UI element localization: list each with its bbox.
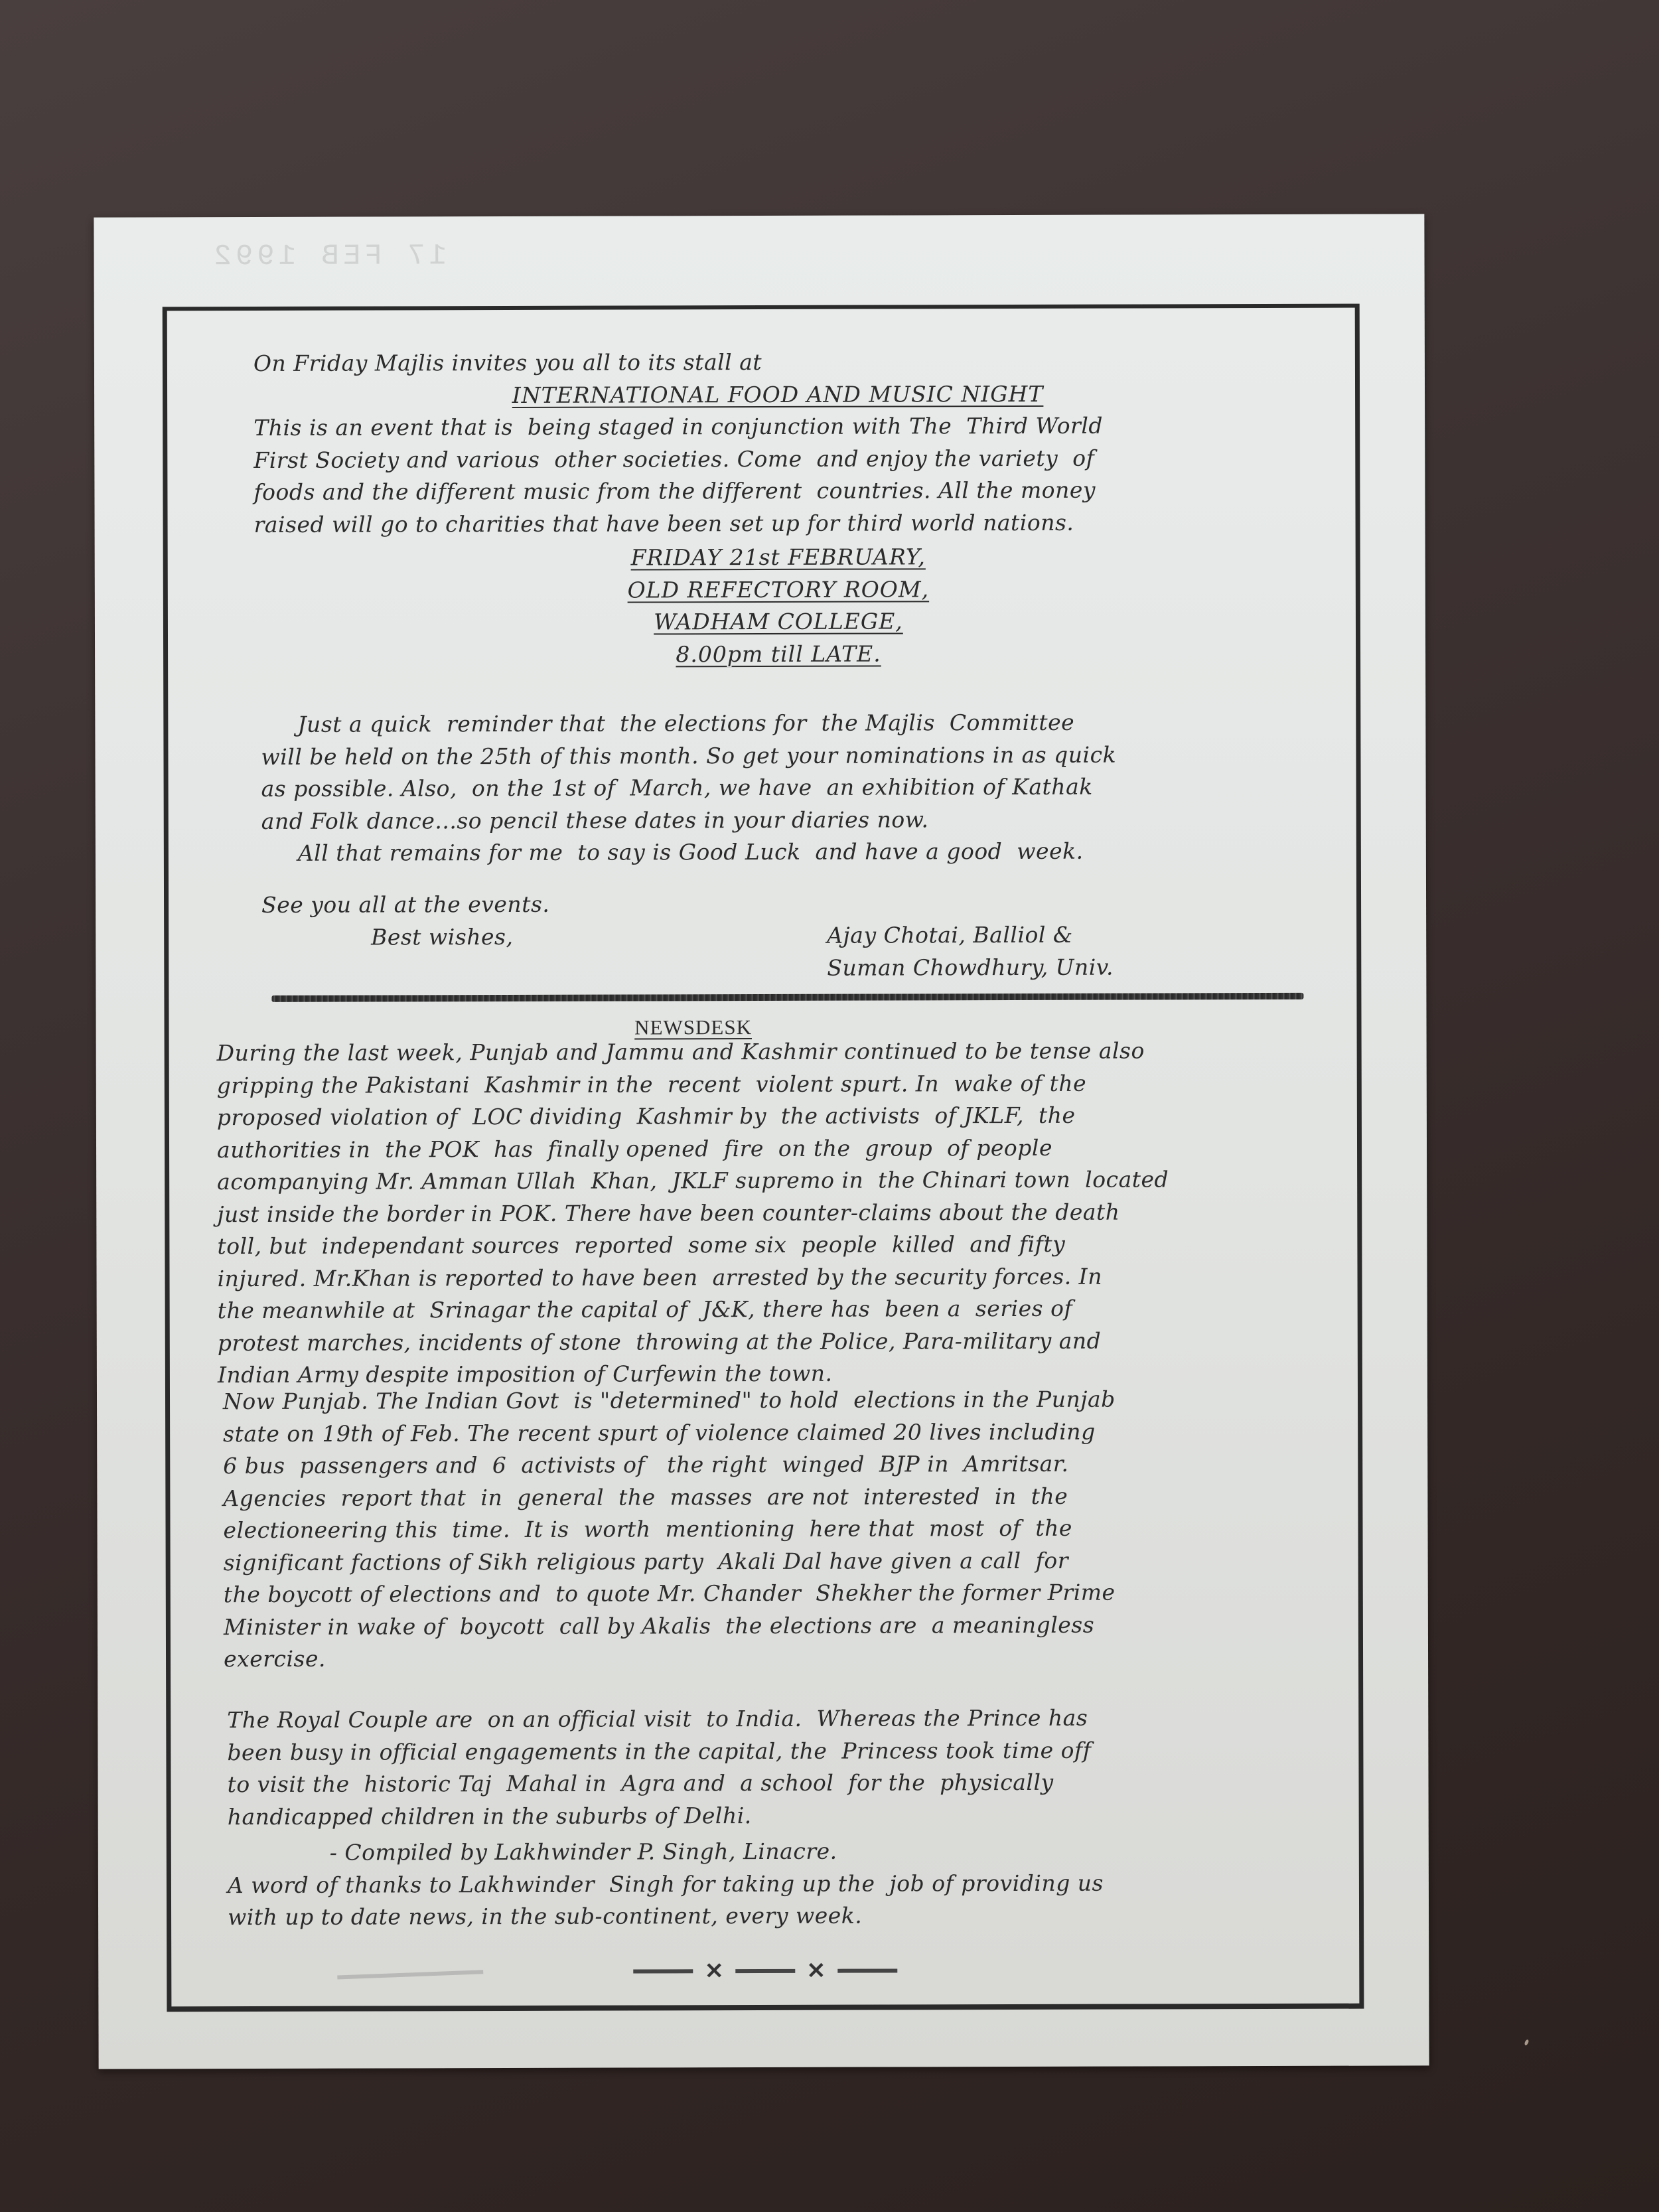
reminder-line: Just a quick reminder that the elections… xyxy=(261,706,1309,741)
news-line: just inside the border in POK. There hav… xyxy=(217,1195,1345,1230)
thanks-line: A word of thanks to Lakhwinder Singh for… xyxy=(228,1866,1356,1901)
news-line: injured. Mr.Khan is reported to have bee… xyxy=(217,1260,1345,1295)
end-ornament: ✕ ✕ xyxy=(171,1953,1359,1989)
event-college: WADHAM COLLEGE, xyxy=(654,608,903,634)
announcement-line: This is an event that is being staged in… xyxy=(253,409,1302,445)
compiled-by: - Compiled by Lakhwinder P. Singh, Linac… xyxy=(228,1834,1356,1870)
signatures: Ajay Chotai, Balliol & Suman Chowdhury, … xyxy=(827,919,1291,984)
news-paragraph-kashmir: During the last week, Punjab and Jammu a… xyxy=(217,1035,1346,1392)
news-line: the boycott of elections and to quote Mr… xyxy=(224,1576,1352,1611)
thanks-line: with up to date news, in the sub-contine… xyxy=(228,1899,1356,1934)
reminder-line: will be held on the 25th of this month. … xyxy=(261,738,1309,773)
news-line: The Royal Couple are on an official visi… xyxy=(227,1702,1355,1737)
news-line: electioneering this time. It is worth me… xyxy=(223,1512,1351,1547)
reminder-line: as possible. Also, on the 1st of March, … xyxy=(261,771,1310,806)
event-announcement: On Friday Majlis invites you all to its … xyxy=(253,345,1303,541)
elections-reminder: Just a quick reminder that the elections… xyxy=(261,706,1310,870)
announcement-line: First Society and various other societie… xyxy=(253,441,1302,477)
newsdesk-credit: - Compiled by Lakhwinder P. Singh, Linac… xyxy=(228,1834,1356,1934)
news-line: been busy in official engagements in the… xyxy=(227,1733,1355,1769)
news-line: state on 19th of Feb. The recent spurt o… xyxy=(223,1415,1351,1450)
cross-icon: ✕ xyxy=(807,1955,826,1988)
cross-icon: ✕ xyxy=(705,1955,724,1988)
announcement-intro: On Friday Majlis invites you all to its … xyxy=(253,345,1302,380)
section-divider xyxy=(271,993,1303,1002)
ornament-dash xyxy=(735,1969,795,1973)
news-line: gripping the Pakistani Kashmir in the re… xyxy=(217,1067,1345,1102)
news-line: Agencies report that in general the mass… xyxy=(223,1479,1351,1514)
reminder-line: All that remains for me to say is Good L… xyxy=(261,835,1310,870)
event-details: FRIDAY 21st FEBRUARY, OLD REFECTORY ROOM… xyxy=(254,540,1303,672)
announcement-line: raised will go to charities that have be… xyxy=(254,506,1303,541)
background-speck xyxy=(1524,2039,1529,2045)
date-stamp: 17 FEB 1992 xyxy=(210,240,447,273)
reminder-line: and Folk dance...so pencil these dates i… xyxy=(261,802,1310,838)
news-line: proposed violation of LOC dividing Kashm… xyxy=(217,1099,1345,1134)
news-line: Now Punjab. The Indian Govt is "determin… xyxy=(223,1383,1351,1418)
news-line: significant factions of Sikh religious p… xyxy=(224,1544,1352,1579)
event-date: FRIDAY 21st FEBRUARY, xyxy=(631,544,926,570)
news-line: authorities in the POK has finally opene… xyxy=(217,1131,1345,1166)
news-line: 6 bus passengers and 6 activists of the … xyxy=(223,1447,1351,1483)
page-border: On Friday Majlis invites you all to its … xyxy=(163,304,1364,2012)
event-venue: OLD REFECTORY ROOM, xyxy=(628,576,930,603)
news-line: toll, but independant sources reported s… xyxy=(217,1228,1345,1263)
news-line: handicapped children in the suburbs of D… xyxy=(228,1798,1356,1833)
signature-1: Ajay Chotai, Balliol & xyxy=(827,919,1291,952)
news-line: exercise. xyxy=(224,1641,1352,1676)
news-paragraph-punjab: Now Punjab. The Indian Govt is "determin… xyxy=(223,1383,1352,1676)
page-content: On Friday Majlis invites you all to its … xyxy=(167,308,1360,2007)
news-line: acompanying Mr. Amman Ullah Khan, JKLF s… xyxy=(217,1163,1345,1199)
news-line: During the last week, Punjab and Jammu a… xyxy=(217,1035,1345,1070)
document-page: 17 FEB 1992 On Friday Majlis invites you… xyxy=(94,214,1429,2069)
event-time: 8.00pm till LATE. xyxy=(676,640,881,667)
event-title: INTERNATIONAL FOOD AND MUSIC NIGHT xyxy=(253,377,1302,412)
ornament-dash xyxy=(634,1969,693,1973)
closing-line: See you all at the events. xyxy=(261,887,1310,922)
announcement-line: foods and the different music from the d… xyxy=(253,474,1302,509)
news-line: to visit the historic Taj Mahal in Agra … xyxy=(227,1766,1355,1801)
news-paragraph-royal-visit: The Royal Couple are on an official visi… xyxy=(227,1702,1356,1833)
news-line: Minister in wake of boycott call by Akal… xyxy=(224,1608,1352,1643)
news-line: protest marches, incidents of stone thro… xyxy=(218,1324,1346,1359)
news-line: the meanwhile at Srinagar the capital of… xyxy=(218,1292,1346,1327)
signature-2: Suman Chowdhury, Univ. xyxy=(827,950,1291,984)
ornament-dash xyxy=(837,1968,897,1972)
